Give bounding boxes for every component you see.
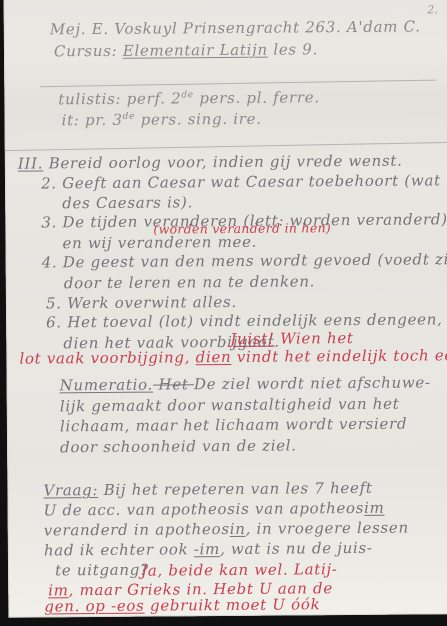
question-text-4b: , wat is nu de juis- — [220, 539, 373, 558]
teacher-remark-juist: Juist! Wien het — [230, 329, 353, 348]
remark-dien: dien — [196, 348, 232, 366]
numeratio-text-2: lijk gemaakt door wanstaltigheid van het — [60, 395, 400, 416]
numeratio-line-3: lichaam, maar het lichaam wordt versierd — [60, 415, 407, 436]
numeratio-line-1: Numeratio. Het De ziel wordt niet afschu… — [60, 373, 431, 394]
document-page: 2. Mej. E. Voskuyl Prinsengracht 263. A'… — [4, 0, 447, 618]
course-label: Cursus: — [54, 42, 123, 61]
sentence-3-cont-text: en wij veranderen mee. — [62, 233, 257, 253]
exercise-number: III. — [18, 154, 43, 172]
remark-lot: lot vaak voorbijging, — [19, 348, 195, 367]
answer-line-1: Ja, beide kan wel. Latij- — [141, 560, 338, 580]
sentence-3-cont: en wij veranderen mee. — [62, 233, 257, 253]
photo-background: 2. Mej. E. Voskuyl Prinsengracht 263. A'… — [0, 0, 447, 626]
question-text-2: U de acc. van apotheosis van apotheos — [44, 499, 365, 520]
question-underline-im: im — [364, 499, 385, 517]
sentence-1-text: Bereid oorlog voor, indien gij vrede wen… — [43, 152, 402, 173]
sentence-2-cont-text: des Caesars is). — [62, 193, 193, 212]
numeratio-label: Numeratio. — [60, 376, 154, 395]
question-text-1: Bij het repeteren van les 7 heeft — [98, 479, 372, 499]
question-line-4: had ik echter ook -im, wat is nu de juis… — [44, 539, 373, 560]
question-line-2: U de acc. van apotheosis van apotheosim — [44, 499, 385, 520]
course-title: Elementair Latijn — [123, 41, 268, 60]
vocab-it: it: pr. 3 — [61, 111, 122, 129]
pencil-rule — [5, 142, 447, 151]
sentence-4-text: 4. De geest van den mens wordt gevoed (v… — [42, 250, 447, 271]
numeratio-line-2: lijk gemaakt door wanstaltigheid van het — [60, 395, 400, 416]
teacher-remark-line-2: lot vaak voorbijging, dien vindt het ein… — [19, 346, 447, 368]
sentence-4-cont: door te leren en na te denken. — [64, 272, 315, 292]
remark-vindt: vindt het eindelijk toch eens — [231, 346, 447, 366]
question-text-5: te uitgang? — [55, 561, 149, 580]
answer-gen-op: gen. op — [44, 597, 111, 616]
answer-underline-eos: -eos — [111, 597, 145, 615]
question-underline-im2: -im — [194, 540, 220, 558]
sentence-6-text: 6. Het toeval (lot) vindt eindelijk eens… — [46, 310, 443, 331]
sentence-2-text: 2. Geeft aan Caesar wat Caesar toebehoor… — [41, 171, 441, 192]
vocab-tulistis-sup: de — [181, 90, 194, 100]
question-underline-in: in — [230, 520, 246, 538]
question-line-3: veranderd in apotheosin, in vroegere les… — [44, 519, 409, 540]
sentence-5-text: 5. Werk overwint alles. — [46, 293, 237, 312]
answer-text-3: gebruikt moet U óók — [144, 595, 320, 614]
page-number: 2. — [427, 3, 438, 16]
sentence-5: 5. Werk overwint alles. — [46, 293, 237, 312]
sentence-2-cont: des Caesars is). — [62, 193, 193, 212]
sentence-4: 4. De geest van den mens wordt gevoed (v… — [42, 250, 447, 271]
vocab-tulistis: tulistis: perf. 2 — [58, 89, 181, 108]
sentence-1: III. Bereid oorlog voor, indien gij vred… — [18, 152, 403, 173]
vocab-line-it: it: pr. 3de pers. sing. ire. — [61, 110, 261, 130]
question-line-1: Vraag: Bij het repeteren van les 7 heeft — [43, 479, 372, 500]
question-label: Vraag: — [43, 481, 98, 499]
vocab-tulistis-rest: pers. pl. ferre. — [194, 88, 320, 107]
remark-wien-het: Wien het — [275, 329, 354, 348]
address-text: Mej. E. Voskuyl Prinsengracht 263. A'dam… — [50, 17, 421, 38]
remark-juist: Juist! — [230, 330, 275, 348]
numeratio-text-3: lichaam, maar het lichaam wordt versierd — [60, 415, 407, 436]
course-line: Cursus: Elementair Latijn les 9. — [54, 40, 318, 60]
address-line: Mej. E. Voskuyl Prinsengracht 263. A'dam… — [50, 17, 421, 38]
question-text-3b: , in vroegere lessen — [245, 519, 408, 538]
sentence-6: 6. Het toeval (lot) vindt eindelijk eens… — [46, 310, 443, 331]
numeratio-line-4: door schoonheid van de ziel. — [60, 436, 297, 456]
vocab-it-rest: pers. sing. ire. — [135, 110, 262, 129]
question-line-5: te uitgang? — [55, 561, 149, 580]
answer-text-1: Ja, beide kan wel. Latij- — [141, 560, 338, 580]
sentence-4-cont-text: door te leren en na te denken. — [64, 272, 315, 292]
numeratio-strikeout: Het — [153, 375, 194, 393]
vocab-it-sup: de — [123, 112, 136, 122]
sentence-2: 2. Geeft aan Caesar wat Caesar toebehoor… — [41, 171, 441, 192]
question-text-3: veranderd in apotheos — [44, 520, 230, 539]
pencil-rule — [40, 80, 436, 88]
course-lesson: les 9. — [268, 40, 318, 58]
vocab-line-tulistis: tulistis: perf. 2de pers. pl. ferre. — [58, 88, 320, 108]
numeratio-text-1: De ziel wordt niet afschuwe- — [194, 373, 431, 393]
numeratio-text-4: door schoonheid van de ziel. — [60, 436, 297, 456]
answer-line-3: gen. op -eos gebruikt moet U óók — [44, 595, 320, 615]
question-text-4: had ik echter ook — [44, 540, 194, 559]
